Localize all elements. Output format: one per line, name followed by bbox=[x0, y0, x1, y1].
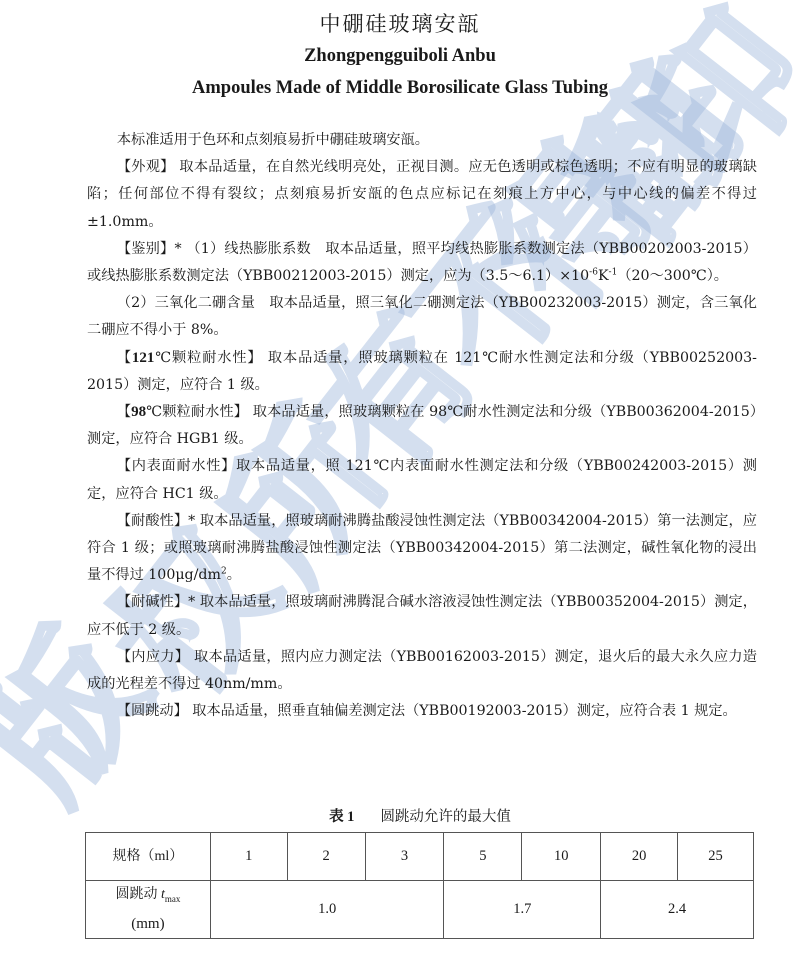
scope-text: 本标准适用于色环和点刻痕易折中硼硅玻璃安瓿。 bbox=[117, 132, 429, 148]
title-english: Ampoules Made of Middle Borosilicate Gla… bbox=[0, 78, 800, 99]
table-row-sizes: 规格（ml） 1 2 3 5 10 20 25 bbox=[86, 833, 754, 881]
table-cell-size: 10 bbox=[522, 833, 601, 881]
appearance-paragraph: 【外观】 取本品适量，在自然光线明亮处，正视目测。应无色透明或棕色透明；不应有明… bbox=[87, 154, 757, 236]
identification-temp-range: （20～300℃）。 bbox=[617, 268, 728, 284]
alkali-resistance-paragraph: 【耐碱性】* 取本品适量，照玻璃耐沸腾混合碱水溶液浸蚀性测定法（YBB00352… bbox=[87, 589, 757, 643]
table-cell-size: 1 bbox=[210, 833, 287, 881]
tmax-sub: max bbox=[165, 894, 181, 904]
title-chinese: 中硼硅玻璃安瓿 bbox=[0, 8, 800, 38]
identification-label: 【鉴别】* bbox=[117, 241, 182, 257]
table-cell-size: 3 bbox=[365, 833, 444, 881]
runout-table: 规格（ml） 1 2 3 5 10 20 25 圆跳动 tmax (mm) 1.… bbox=[85, 832, 754, 939]
unit-kelvin: K bbox=[598, 268, 609, 284]
table-cell-size: 5 bbox=[444, 833, 522, 881]
exponent: -1 bbox=[609, 267, 618, 277]
hydrolytic-98-label-num: 98 bbox=[131, 404, 146, 420]
internal-stress-label: 【内应力】 bbox=[117, 649, 189, 665]
bracket-open: 【 bbox=[117, 404, 131, 420]
table-cell-size: 25 bbox=[678, 833, 754, 881]
acid-resistance-end: 。 bbox=[227, 567, 241, 583]
tmax-symbol: tmax bbox=[161, 887, 180, 902]
table-header-runout: 圆跳动 tmax (mm) bbox=[86, 881, 211, 939]
identification-item1-label: （1）线热膨胀系数 bbox=[186, 241, 311, 257]
acid-resistance-label: 【耐酸性】* bbox=[117, 513, 195, 529]
identification-paragraph: 【鉴别】* （1）线热膨胀系数 取本品适量，照平均线热膨胀系数测定法（YBB00… bbox=[87, 236, 757, 290]
runout-label: 【圆跳动】 bbox=[117, 703, 188, 719]
hydrolytic-98-paragraph: 【98℃颗粒耐水性】 取本品适量，照玻璃颗粒在 98℃耐水性测定法和分级（YBB… bbox=[87, 399, 757, 453]
table-cell-size: 2 bbox=[287, 833, 365, 881]
hydrolytic-121-paragraph: 【121℃颗粒耐水性】 取本品适量，照玻璃颗粒在 121℃耐水性测定法和分级（Y… bbox=[87, 345, 757, 399]
hydrolytic-121-label-num: 121 bbox=[132, 350, 155, 366]
table-caption-number: 表 1 bbox=[329, 809, 354, 825]
table-caption: 表 1圆跳动允许的最大值 bbox=[0, 805, 800, 826]
runout-text: 取本品适量，照垂直轴偏差测定法（YBB00192003-2015）测定，应符合表… bbox=[188, 703, 737, 719]
title-pinyin: Zhongpengguiboli Anbu bbox=[0, 46, 800, 67]
table-cell-size: 20 bbox=[601, 833, 678, 881]
runout-header-unit: (mm) bbox=[131, 916, 164, 932]
appearance-label: 【外观】 bbox=[117, 159, 175, 175]
table-cell-runout-value: 2.4 bbox=[601, 881, 754, 939]
table-row-runout: 圆跳动 tmax (mm) 1.0 1.7 2.4 bbox=[86, 881, 754, 939]
scope-paragraph: 本标准适用于色环和点刻痕易折中硼硅玻璃安瓿。 bbox=[87, 127, 757, 154]
runout-header-text: 圆跳动 bbox=[115, 887, 161, 902]
exponent: -6 bbox=[589, 267, 598, 277]
table-cell-runout-value: 1.7 bbox=[444, 881, 601, 939]
boron-oxide-label: （2）三氧化二硼含量 bbox=[117, 295, 255, 311]
alkali-resistance-label: 【耐碱性】* bbox=[117, 594, 195, 610]
acid-resistance-paragraph: 【耐酸性】* 取本品适量，照玻璃耐沸腾盐酸浸蚀性测定法（YBB00342004-… bbox=[87, 508, 757, 590]
internal-stress-paragraph: 【内应力】 取本品适量，照内应力测定法（YBB00162003-2015）测定，… bbox=[87, 644, 757, 698]
hydrolytic-121-label: ℃颗粒耐水性】 bbox=[154, 350, 262, 366]
body-text: 本标准适用于色环和点刻痕易折中硼硅玻璃安瓿。 【外观】 取本品适量，在自然光线明… bbox=[87, 127, 757, 725]
boron-oxide-paragraph: （2）三氧化二硼含量 取本品适量，照三氧化二硼测定法（YBB00232003-2… bbox=[87, 290, 757, 344]
table-cell-runout-value: 1.0 bbox=[210, 881, 444, 939]
table-caption-title: 圆跳动允许的最大值 bbox=[380, 809, 511, 825]
inner-surface-paragraph: 【内表面耐水性】取本品适量，照 121℃内表面耐水性测定法和分级（YBB0024… bbox=[87, 453, 757, 507]
runout-paragraph: 【圆跳动】 取本品适量，照垂直轴偏差测定法（YBB00192003-2015）测… bbox=[87, 698, 757, 725]
bracket-open: 【 bbox=[117, 350, 132, 366]
hydrolytic-98-label: ℃颗粒耐水性】 bbox=[146, 404, 248, 420]
table-header-size: 规格（ml） bbox=[86, 833, 211, 881]
appearance-text: 取本品适量，在自然光线明亮处，正视目测。应无色透明或棕色透明；不应有明显的玻璃缺… bbox=[87, 159, 757, 229]
inner-surface-label: 【内表面耐水性】 bbox=[117, 458, 236, 474]
